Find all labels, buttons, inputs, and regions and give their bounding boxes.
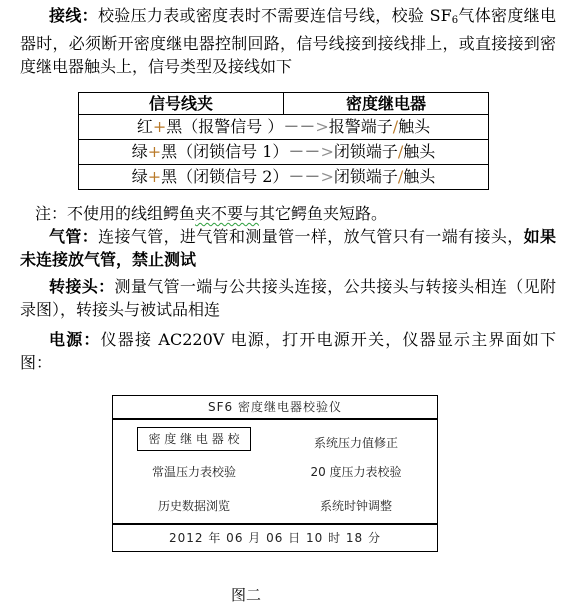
figure-caption: 图二 <box>20 584 472 602</box>
table-cell-signal-mapping: 红+黑（报警信号 ）－－>报警端子/触头 <box>79 115 489 140</box>
table-cell-signal-mapping: 绿+黑（闭锁信号 2）－－>闭锁端子/触头 <box>79 165 489 190</box>
text-segment: 转接头： <box>49 277 114 296</box>
text-segment: 黑（闭锁信号 2）－－ <box>161 167 320 186</box>
text-segment: + <box>148 142 161 161</box>
text-segment: 触头 <box>403 167 435 186</box>
text-segment: 气管： <box>49 227 98 246</box>
paragraph-wiring: 接线：校验压力表或密度表时不需要连信号线，校验 SF6气体密度继电器时，必须断开… <box>20 4 556 78</box>
device-title: SF6 密度继电器校验仪 <box>113 396 437 420</box>
text-segment: 其它鳄鱼夹短路。 <box>259 204 387 223</box>
text-segment: 连接气管，进气管和测量管一样，放气管只有一端有接头， <box>98 227 524 246</box>
text-segment: 报警端子 <box>329 117 393 136</box>
text-segment: 仪器接 AC220V 电源，打开电源开关，仪器显示主界面如下图： <box>20 330 556 372</box>
menu-item-room-temp-gauge-check: 常温压力表校验 <box>152 465 236 479</box>
text-segment: 红 <box>137 117 153 136</box>
table-header-signal-clamp: 信号线夹 <box>79 93 284 115</box>
signal-wiring-table: 信号线夹 密度继电器 红+黑（报警信号 ）－－>报警端子/触头绿+黑（闭锁信号 … <box>78 92 489 190</box>
table-row: 红+黑（报警信号 ）－－>报警端子/触头 <box>79 115 489 140</box>
text-segment: > <box>320 142 333 161</box>
text-segment: 接线： <box>49 6 98 25</box>
text-segment: 绿 <box>132 167 148 186</box>
table-cell-signal-mapping: 绿+黑（闭锁信号 1）－－>闭锁端子/触头 <box>79 140 489 165</box>
text-segment: 黑（闭锁信号 1）－－ <box>161 142 320 161</box>
document-page: 接线：校验压力表或密度表时不需要连信号线，校验 SF6气体密度继电器时，必须断开… <box>0 0 576 602</box>
text-segment: 触头 <box>398 117 430 136</box>
paragraph-adapter: 转接头：测量气管一端与公共接头连接，公共接头与转接头相连（见附录图），转接头与被… <box>20 275 556 321</box>
table-row: 绿+黑（闭锁信号 2）－－>闭锁端子/触头 <box>79 165 489 190</box>
text-segment: 闭锁端子 <box>334 167 398 186</box>
menu-item-density-relay-check: 密 度 继 电 器 校 <box>137 427 250 451</box>
text-segment: 校验压力表或密度表时不需要连信号线，校验 SF <box>98 6 452 25</box>
text-segment: 闭锁端子 <box>334 142 398 161</box>
paragraph-note: 注：不使用的线组鳄鱼夹不要与其它鳄鱼夹短路。 <box>20 202 556 225</box>
menu-item-system-pressure-correction: 系统压力值修正 <box>314 436 398 450</box>
text-segment: 绿 <box>132 142 148 161</box>
text-segment: 黑（报警信号 ）－－ <box>166 117 315 136</box>
device-main-screen-figure: SF6 密度继电器校验仪 密 度 继 电 器 校 常温压力表校验 历史数据浏览 … <box>112 395 438 552</box>
device-datetime: 2012 年 06 月 06 日 10 时 18 分 <box>113 523 437 551</box>
menu-item-selected-box: 密 度 继 电 器 校 <box>137 427 250 451</box>
text-segment: 触头 <box>403 142 435 161</box>
menu-item-history-browse: 历史数据浏览 <box>158 499 230 513</box>
menu-item-system-clock-adjust: 系统时钟调整 <box>320 499 392 513</box>
paragraph-power: 电源：仪器接 AC220V 电源，打开电源开关，仪器显示主界面如下图： <box>20 328 556 374</box>
menu-item-20deg-gauge-check: 20 度压力表校验 <box>310 465 401 479</box>
device-menu: 密 度 继 电 器 校 常温压力表校验 历史数据浏览 系统压力值修正 20 度压… <box>113 420 437 523</box>
text-segment: 注：不使用的线组鳄鱼 <box>35 204 195 223</box>
paragraph-air-pipe: 气管：连接气管，进气管和测量管一样，放气管只有一端有接头，如果未连接放气管，禁止… <box>20 225 556 271</box>
text-segment: 电源： <box>49 330 101 349</box>
text-segment: 夹不要与 <box>195 204 259 223</box>
text-segment: + <box>153 117 166 136</box>
text-segment: > <box>320 167 333 186</box>
table-row: 绿+黑（闭锁信号 1）－－>闭锁端子/触头 <box>79 140 489 165</box>
text-segment: > <box>315 117 328 136</box>
text-segment: + <box>148 167 161 186</box>
table-header-density-relay: 密度继电器 <box>284 93 489 115</box>
table-header-row: 信号线夹 密度继电器 <box>79 93 489 115</box>
